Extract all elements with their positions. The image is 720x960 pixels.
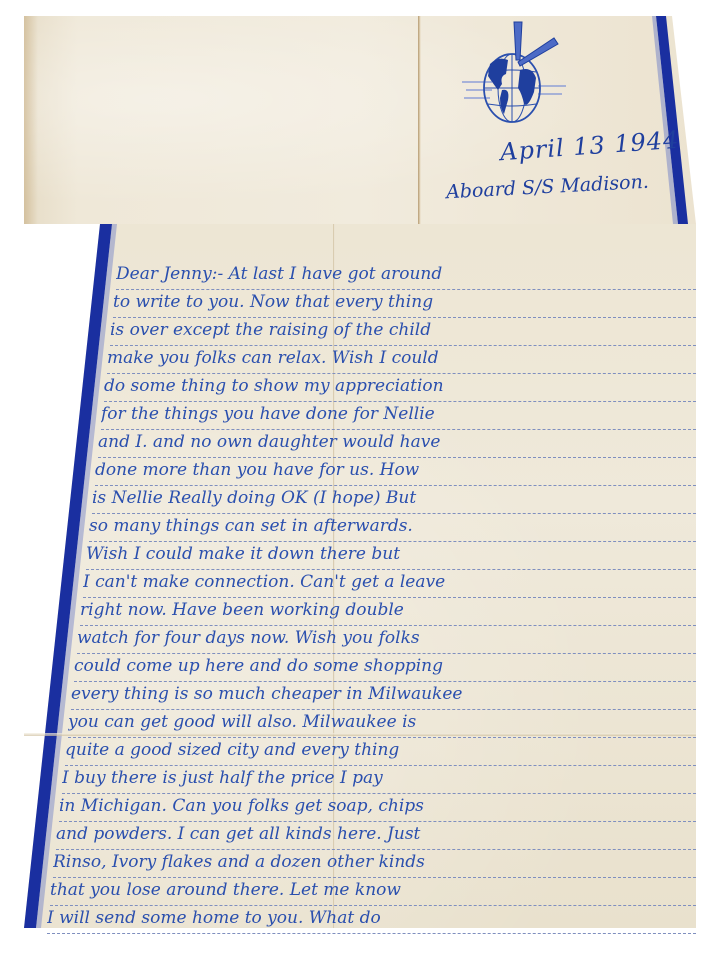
letter-line: right now. Have been working double [80, 598, 696, 626]
fold-crease [418, 16, 421, 224]
letter-line: I will send some home to you. What do [47, 906, 696, 934]
letter-line: done more than you have for us. How [95, 458, 696, 486]
letter-line: I buy there is just half the price I pay [62, 766, 696, 794]
letter-line: Dear Jenny:- At last I have got around [116, 262, 696, 290]
letter-line: watch for four days now. Wish you folks [77, 626, 696, 654]
letter-line: and powders. I can get all kinds here. J… [56, 822, 696, 850]
letter-line: Rinso, Ivory flakes and a dozen other ki… [53, 850, 696, 878]
letter-line: Wish I could make it down there but [86, 542, 696, 570]
letter-line: so many things can set in afterwards. [89, 514, 696, 542]
letter-line: in Michigan. Can you folks get soap, chi… [59, 794, 696, 822]
letter-line: I can't make connection. Can't get a lea… [83, 570, 696, 598]
letter-line: every thing is so much cheaper in Milwau… [71, 682, 696, 710]
letter-line: make you folks can relax. Wish I could [107, 346, 696, 374]
letter-line: do some thing to show my appreciation [104, 374, 696, 402]
letter-line: and I. and no own daughter would have [98, 430, 696, 458]
letter-line: quite a good sized city and every thing [65, 738, 696, 766]
letter-line: you can get good will also. Milwaukee is [68, 710, 696, 738]
letter-line: is over except the raising of the child [110, 318, 696, 346]
letter-line: could come up here and do some shopping [74, 654, 696, 682]
letter-line: for the things you have done for Nellie [101, 402, 696, 430]
globe-with-v-icon [462, 20, 572, 130]
letter-line: to write to you. Now that every thing [113, 290, 696, 318]
letter-line: is Nellie Really doing OK (I hope) But [92, 486, 696, 514]
letter-line: that you lose around there. Let me know [50, 878, 696, 906]
